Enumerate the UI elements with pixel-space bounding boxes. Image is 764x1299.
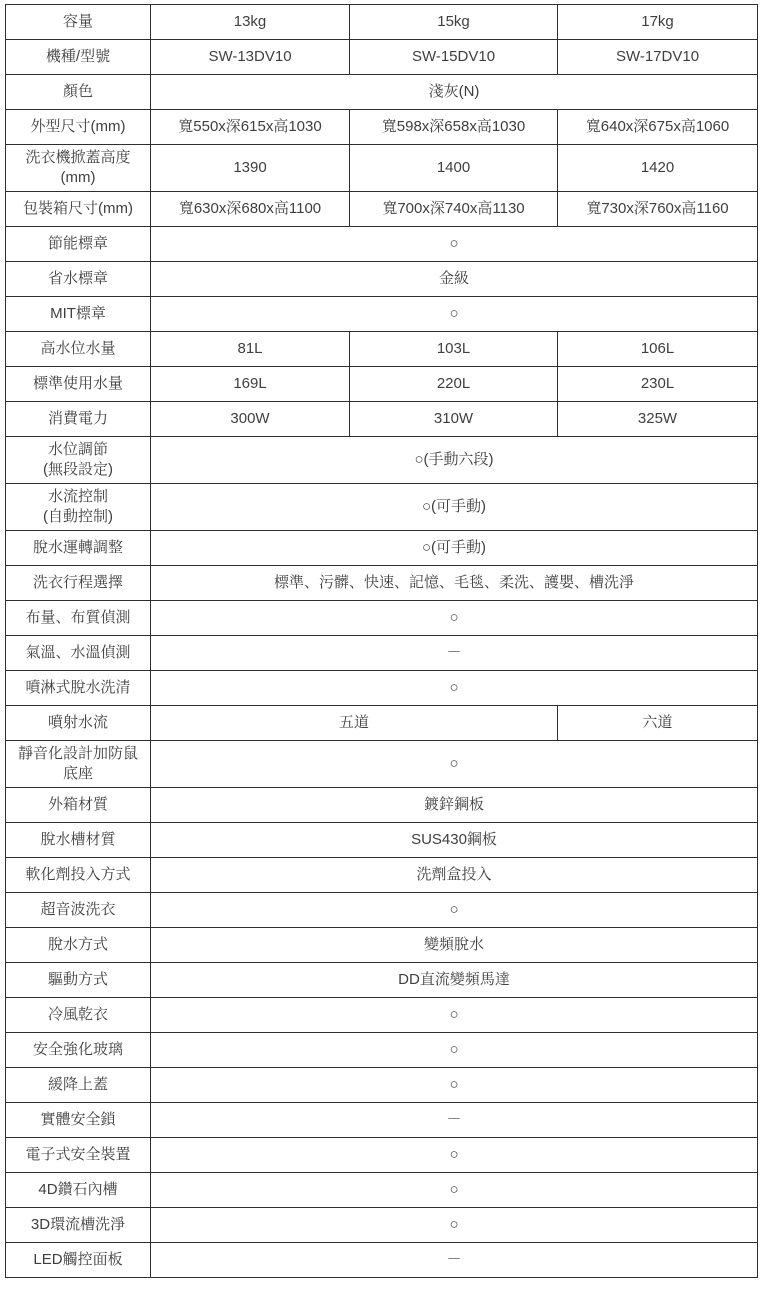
spec-cell: 寬700x深740x高1130	[350, 192, 558, 227]
spec-cell: 17kg	[558, 5, 758, 40]
spec-row-label: 氣溫、水溫偵測	[6, 636, 151, 671]
spec-cell: 寬550x深615x高1030	[151, 110, 350, 145]
spec-row: 水流控制(自動控制)○(可手動)	[6, 484, 758, 531]
spec-cell: 300W	[151, 402, 350, 437]
spec-cell: 金級	[151, 262, 758, 297]
spec-row-label: 顏色	[6, 75, 151, 110]
spec-row-label: 洗衣行程選擇	[6, 566, 151, 601]
spec-cell: 五道	[151, 706, 558, 741]
spec-cell: 六道	[558, 706, 758, 741]
spec-row: 機種/型號SW-13DV10SW-15DV10SW-17DV10	[6, 40, 758, 75]
spec-row: 洗衣機掀蓋高度(mm)139014001420	[6, 145, 758, 192]
spec-row: 外箱材質鍍鋅鋼板	[6, 788, 758, 823]
spec-row-label: 省水標章	[6, 262, 151, 297]
spec-cell: SW-13DV10	[151, 40, 350, 75]
spec-cell: 103L	[350, 332, 558, 367]
spec-cell: 325W	[558, 402, 758, 437]
spec-row-label: 脫水方式	[6, 928, 151, 963]
spec-row: 實體安全鎖－	[6, 1103, 758, 1138]
spec-row: 容量13kg15kg17kg	[6, 5, 758, 40]
spec-row-label: 軟化劑投入方式	[6, 858, 151, 893]
spec-cell: 106L	[558, 332, 758, 367]
spec-cell: 230L	[558, 367, 758, 402]
spec-row: 外型尺寸(mm)寬550x深615x高1030寬598x深658x高1030寬6…	[6, 110, 758, 145]
spec-row-label: LED觸控面板	[6, 1243, 151, 1278]
spec-cell: －	[151, 1103, 758, 1138]
spec-cell: 13kg	[151, 5, 350, 40]
spec-row-label: 實體安全鎖	[6, 1103, 151, 1138]
spec-cell: 310W	[350, 402, 558, 437]
spec-cell: 標準、污髒、快速、記憶、毛毯、柔洗、護嬰、槽洗淨	[151, 566, 758, 601]
spec-cell: 寬630x深680x高1100	[151, 192, 350, 227]
spec-row: 噴淋式脫水洗清○	[6, 671, 758, 706]
spec-cell: 15kg	[350, 5, 558, 40]
spec-row-label: 電子式安全裝置	[6, 1138, 151, 1173]
spec-row-label: 脫水運轉調整	[6, 531, 151, 566]
spec-row-label: 水流控制(自動控制)	[6, 484, 151, 531]
spec-row: 靜音化設計加防鼠底座○	[6, 741, 758, 788]
spec-table-body: 容量13kg15kg17kg機種/型號SW-13DV10SW-15DV10SW-…	[6, 5, 758, 1278]
spec-row-label: 4D鑽石內槽	[6, 1173, 151, 1208]
spec-cell: ○	[151, 227, 758, 262]
spec-cell: ○	[151, 741, 758, 788]
spec-cell: ○	[151, 998, 758, 1033]
spec-row-label: MIT標章	[6, 297, 151, 332]
spec-row: 脫水槽材質SUS430鋼板	[6, 823, 758, 858]
spec-row-label: 洗衣機掀蓋高度(mm)	[6, 145, 151, 192]
spec-page: 容量13kg15kg17kg機種/型號SW-13DV10SW-15DV10SW-…	[0, 0, 764, 1299]
spec-row-label: 外型尺寸(mm)	[6, 110, 151, 145]
spec-row: 緩降上蓋○	[6, 1068, 758, 1103]
spec-row: 3D環流槽洗淨○	[6, 1208, 758, 1243]
spec-row-label: 節能標章	[6, 227, 151, 262]
spec-cell: 洗劑盒投入	[151, 858, 758, 893]
spec-row-label: 緩降上蓋	[6, 1068, 151, 1103]
spec-row-label: 3D環流槽洗淨	[6, 1208, 151, 1243]
spec-row: 脫水方式變頻脫水	[6, 928, 758, 963]
spec-cell: ○	[151, 671, 758, 706]
spec-row-label: 水位調節(無段設定)	[6, 437, 151, 484]
spec-row: 水位調節(無段設定)○(手動六段)	[6, 437, 758, 484]
spec-row: 氣溫、水溫偵測－	[6, 636, 758, 671]
spec-row: 洗衣行程選擇標準、污髒、快速、記憶、毛毯、柔洗、護嬰、槽洗淨	[6, 566, 758, 601]
spec-cell: ○(可手動)	[151, 484, 758, 531]
spec-row-label: 容量	[6, 5, 151, 40]
spec-row: 省水標章金級	[6, 262, 758, 297]
spec-row-label: 冷風乾衣	[6, 998, 151, 1033]
spec-table: 容量13kg15kg17kg機種/型號SW-13DV10SW-15DV10SW-…	[5, 4, 758, 1278]
spec-row: 標準使用水量169L220L230L	[6, 367, 758, 402]
spec-cell: ○	[151, 1068, 758, 1103]
spec-cell: 寬640x深675x高1060	[558, 110, 758, 145]
spec-row: 超音波洗衣○	[6, 893, 758, 928]
spec-row-label: 布量、布質偵測	[6, 601, 151, 636]
spec-cell: ○	[151, 601, 758, 636]
spec-cell: ○	[151, 1033, 758, 1068]
spec-cell: 淺灰(N)	[151, 75, 758, 110]
spec-row: 布量、布質偵測○	[6, 601, 758, 636]
spec-row-label: 超音波洗衣	[6, 893, 151, 928]
spec-row-label: 噴淋式脫水洗清	[6, 671, 151, 706]
spec-cell: ○	[151, 893, 758, 928]
spec-row: 高水位水量81L103L106L	[6, 332, 758, 367]
spec-row: 消費電力300W310W325W	[6, 402, 758, 437]
spec-row-label: 包裝箱尺寸(mm)	[6, 192, 151, 227]
spec-cell: ○	[151, 1208, 758, 1243]
spec-row-label: 高水位水量	[6, 332, 151, 367]
spec-row: 包裝箱尺寸(mm)寬630x深680x高1100寬700x深740x高1130寬…	[6, 192, 758, 227]
spec-cell: 81L	[151, 332, 350, 367]
spec-row: 冷風乾衣○	[6, 998, 758, 1033]
spec-cell: 鍍鋅鋼板	[151, 788, 758, 823]
spec-cell: ○	[151, 297, 758, 332]
spec-row-label: 消費電力	[6, 402, 151, 437]
spec-cell: 220L	[350, 367, 558, 402]
spec-row: MIT標章○	[6, 297, 758, 332]
spec-cell: 1400	[350, 145, 558, 192]
spec-row-label: 脫水槽材質	[6, 823, 151, 858]
spec-row-label: 驅動方式	[6, 963, 151, 998]
spec-row-label: 外箱材質	[6, 788, 151, 823]
spec-row: 驅動方式DD直流變頻馬達	[6, 963, 758, 998]
spec-row: 電子式安全裝置○	[6, 1138, 758, 1173]
spec-cell: ○(可手動)	[151, 531, 758, 566]
spec-row: 顏色淺灰(N)	[6, 75, 758, 110]
spec-row: 軟化劑投入方式洗劑盒投入	[6, 858, 758, 893]
spec-row: 安全強化玻璃○	[6, 1033, 758, 1068]
spec-row-label: 靜音化設計加防鼠底座	[6, 741, 151, 788]
spec-row: 4D鑽石內槽○	[6, 1173, 758, 1208]
spec-row-label: 機種/型號	[6, 40, 151, 75]
spec-row-label: 標準使用水量	[6, 367, 151, 402]
spec-row: 脫水運轉調整○(可手動)	[6, 531, 758, 566]
spec-row: 噴射水流五道六道	[6, 706, 758, 741]
spec-cell: DD直流變頻馬達	[151, 963, 758, 998]
spec-cell: 1390	[151, 145, 350, 192]
spec-cell: －	[151, 636, 758, 671]
spec-row-label: 安全強化玻璃	[6, 1033, 151, 1068]
spec-cell: ○	[151, 1173, 758, 1208]
spec-cell: SW-17DV10	[558, 40, 758, 75]
spec-cell: SW-15DV10	[350, 40, 558, 75]
spec-cell: SUS430鋼板	[151, 823, 758, 858]
spec-cell: ○	[151, 1138, 758, 1173]
spec-row: 節能標章○	[6, 227, 758, 262]
spec-cell: 寬730x深760x高1160	[558, 192, 758, 227]
spec-cell: －	[151, 1243, 758, 1278]
spec-cell: 169L	[151, 367, 350, 402]
spec-cell: 變頻脫水	[151, 928, 758, 963]
spec-cell: 寬598x深658x高1030	[350, 110, 558, 145]
spec-row: LED觸控面板－	[6, 1243, 758, 1278]
spec-cell: 1420	[558, 145, 758, 192]
spec-row-label: 噴射水流	[6, 706, 151, 741]
spec-cell: ○(手動六段)	[151, 437, 758, 484]
